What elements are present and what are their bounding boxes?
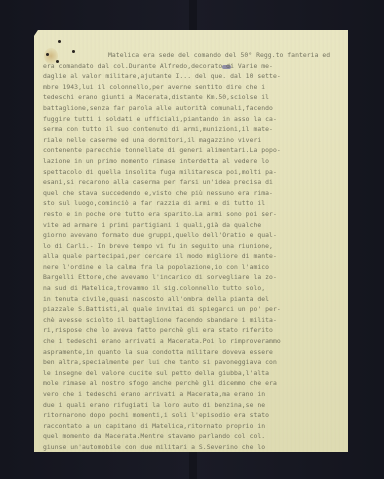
text-line: in tenuta civile,quasi nascosto all'ombr… [43, 294, 333, 305]
text-line: le insegne del valore cucite sul petto d… [43, 368, 333, 379]
text-line: resto e in poche ore tutto era sparito.L… [43, 209, 333, 220]
text-line: fuggire tutti i soldati e ufficiali,pian… [43, 114, 333, 125]
text-line: ri,rispose che lo aveva fatto perchè gli… [43, 325, 333, 336]
text-line: giorno avevano formato due gruppi,quello… [43, 230, 333, 241]
text-line: vero che i tedeschi erano arrivati a Mac… [43, 389, 333, 400]
text-line: aspramente,in quanto la sua condotta mil… [43, 347, 333, 358]
text-line: battaglione,senza far parola alle autori… [43, 103, 333, 114]
text-line: contenente parecchie tonnellate di gener… [43, 145, 333, 156]
text-line: Matelica era sede del comando del 50° Re… [43, 50, 333, 61]
text-line: lo di Carli.- In breve tempo vi fu in se… [43, 241, 333, 252]
text-line: ritornarono dopo pochi momenti,i soli l'… [43, 410, 333, 421]
text-line: mbre 1943,lui il colonnello,per averne s… [43, 82, 333, 93]
text-line: due i quali erano rifugiati la loro auto… [43, 400, 333, 411]
typewritten-page: Matelica era sede del comando del 50° Re… [34, 30, 348, 452]
punch-hole-dot [58, 40, 61, 43]
text-line: lazione in un primo momento rimase inter… [43, 156, 333, 167]
text-line: na sud di Matelica,trovammo il sig.colon… [43, 283, 333, 294]
text-line: raccontato a un capitano di Matelica,rit… [43, 421, 333, 432]
text-line: nere l'ordine e la calma fra la popolazi… [43, 262, 333, 273]
text-line: chè avesse sciolto il battaglione facend… [43, 315, 333, 326]
text-line: Bargelli Ettore,che avevamo l'incarico d… [43, 272, 333, 283]
text-line: sto sul luogo,cominciò a far razzia di a… [43, 198, 333, 209]
text-line: esani,si recarono alla caserma per farsi… [43, 177, 333, 188]
text-line: quel che stava succedendo e,visto che pi… [43, 188, 333, 199]
text-line: alla quale partecipai,per cercare il mod… [43, 251, 333, 262]
text-line: quel momento da Macerata.Mentre stavamo … [43, 431, 333, 442]
text-line: vite ad armare i primi partigiani i qual… [43, 220, 333, 231]
text-line: spettacolo di quella insolita fuga milit… [43, 167, 333, 178]
text-line: mole rimase al nostro sfogo anche perchè… [43, 378, 333, 389]
text-line: ben altra,specialmente per lui che tanto… [43, 357, 333, 368]
text-line: serma con tutto il suo contenuto di armi… [43, 124, 333, 135]
text-line: che i tedeschi erano arrivati a Macerata… [43, 336, 333, 347]
text-line: piazzale S.Battisti,al quale invitai di … [43, 304, 333, 315]
text-line: tedeschi erano giunti a Macerata,distant… [43, 92, 333, 103]
typed-text-body: Matelica era sede del comando del 50° Re… [43, 50, 333, 463]
text-line: daglie al valor militare,ajutante I... d… [43, 71, 333, 82]
text-line: era comandato dal col.Durante Alfredo,de… [43, 61, 333, 72]
text-line: giunse un'automobile con due militari a … [43, 442, 333, 453]
text-line: riale nelle caserme ed una dormitori,il … [43, 135, 333, 146]
